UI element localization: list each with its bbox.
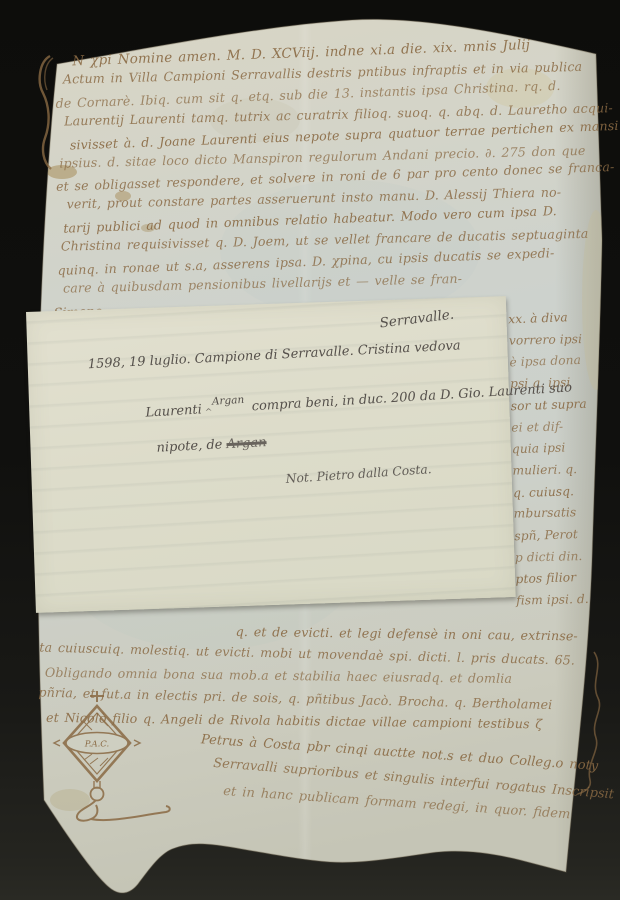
photo-stage: N χpi Nomine amen. M. D. XCViij. indne x…	[0, 0, 620, 900]
insertion-caret: ^	[205, 408, 213, 418]
manuscript-text-line: mbursatis	[514, 501, 620, 525]
manuscript-text-line: spñ, Perot	[514, 523, 620, 548]
manuscript-text-line: fism ipsi. d.	[516, 588, 620, 612]
interlinear-insertion: ^Argan	[204, 400, 245, 418]
manuscript-text-line: xx. à diva	[508, 306, 619, 331]
main-text-right-fragments: xx. à divavorrero ipsiè ipsa donapsi q. …	[508, 306, 620, 613]
paragraph-flourish-icon	[560, 648, 610, 798]
inserted-word: Argan	[212, 394, 245, 408]
manuscript-text-line: mulieri. q.	[512, 458, 620, 482]
seal-letters: P.A.C.	[84, 740, 109, 750]
notary-seal-icon: P.A.C.	[40, 688, 240, 823]
main-text-upper-block: N χpi Nomine amen. M. D. XCViij. indne x…	[62, 34, 615, 322]
archival-note-slip: Serravalle. 1598, 19 luglio. Campione di…	[26, 296, 516, 613]
struck-word: Argan	[226, 435, 267, 452]
manuscript-text-line: quia ipsi	[512, 436, 620, 461]
note-line2-start: Laurenti	[145, 402, 202, 420]
manuscript-text-line: ptos filior	[515, 566, 620, 591]
